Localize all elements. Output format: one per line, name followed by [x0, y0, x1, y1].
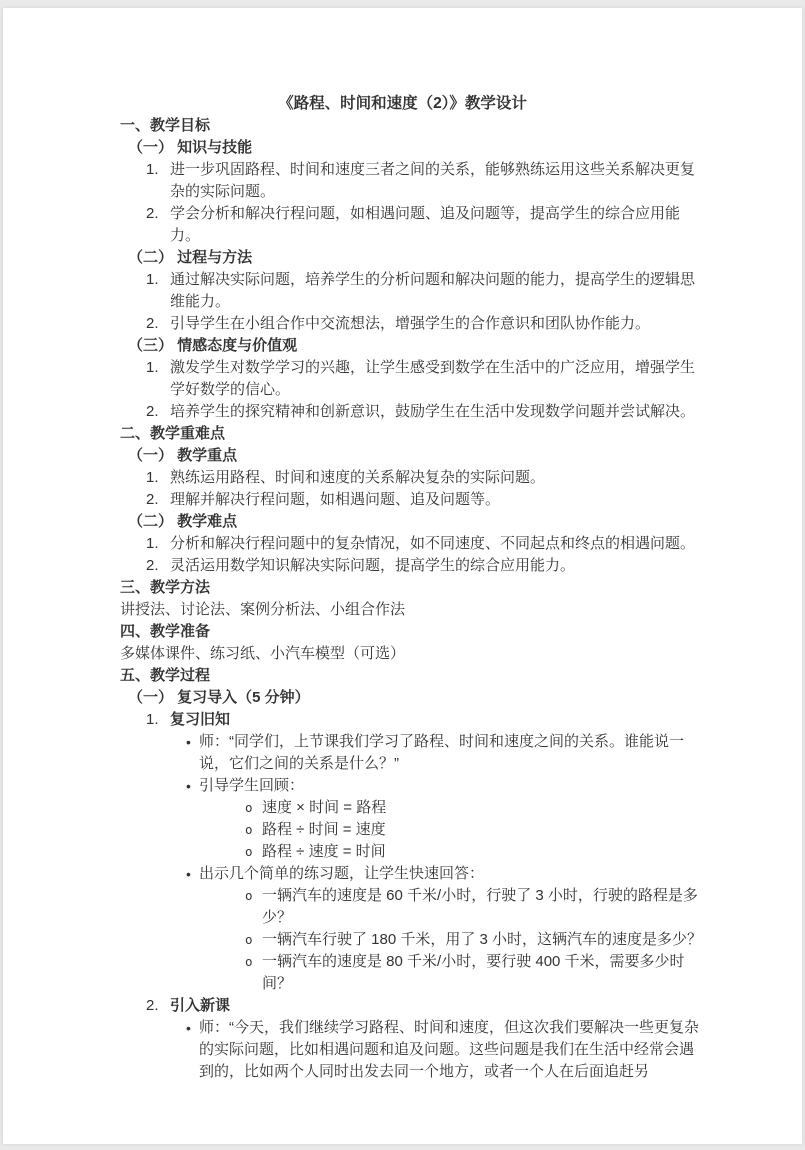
heading-review-intro: （一） 复习导入（5 分钟） — [3, 687, 802, 709]
heading-teaching-goals: 一、教学目标 — [3, 115, 802, 137]
document-page: 《路程、时间和速度（2）》教学设计 一、教学目标 （一） 知识与技能 1. 进一… — [3, 8, 802, 1144]
bullet-item: • 出示几个简单的练习题，让学生快速回答： — [3, 863, 802, 885]
numbered-item: 1. 复习旧知 — [3, 709, 802, 731]
circle-marker: o — [245, 841, 253, 863]
numbered-item: 2. 引入新课 — [3, 995, 802, 1017]
sub-bullet-item: o 一辆汽车的速度是 60 千米/小时，行驶了 3 小时，行驶的路程是多少？ — [3, 885, 802, 929]
sub-bullet-item: o 路程 ÷ 速度 = 时间 — [3, 841, 802, 863]
item-text: 进一步巩固路程、时间和速度三者之间的关系，能够熟练运用这些关系解决更复杂的实际问… — [170, 161, 695, 200]
sub-bullet-text: 一辆汽车的速度是 60 千米/小时，行驶了 3 小时，行驶的路程是多少？ — [262, 887, 698, 926]
item-number: 1. — [146, 533, 159, 555]
item-text: 引导学生在小组合作中交流想法，增强学生的合作意识和团队协作能力。 — [170, 315, 650, 332]
bullet-item: • 师：“同学们，上节课我们学习了路程、时间和速度之间的关系。谁能说一说，它们之… — [3, 731, 802, 775]
item-number: 1. — [146, 159, 159, 181]
item-number: 2. — [146, 555, 159, 577]
heading-teaching-difficulties: （二） 教学难点 — [3, 511, 802, 533]
numbered-item: 1. 通过解决实际问题，培养学生的分析问题和解决问题的能力，提高学生的逻辑思维能… — [3, 269, 802, 313]
numbered-item: 2. 培养学生的探究精神和创新意识，鼓励学生在生活中发现数学问题并尝试解决。 — [3, 401, 802, 423]
heading-teaching-methods: 三、教学方法 — [3, 577, 802, 599]
item-text: 学会分析和解决行程问题，如相遇问题、追及问题等，提高学生的综合应用能力。 — [170, 205, 680, 244]
sub-bullet-text: 一辆汽车行驶了 180 千米，用了 3 小时，这辆汽车的速度是多少？ — [262, 931, 702, 948]
circle-marker: o — [245, 819, 253, 841]
numbered-item: 2. 灵活运用数学知识解决实际问题，提高学生的综合应用能力。 — [3, 555, 802, 577]
heading-process-methods: （二） 过程与方法 — [3, 247, 802, 269]
bullet-marker: • — [186, 731, 191, 753]
circle-marker: o — [245, 929, 253, 951]
bullet-text: 师：“同学们，上节课我们学习了路程、时间和速度之间的关系。谁能说一说，它们之间的… — [199, 733, 684, 772]
item-number: 1. — [146, 269, 159, 291]
item-number: 2. — [146, 489, 159, 511]
item-text: 理解并解决行程问题，如相遇问题、追及问题等。 — [170, 491, 500, 508]
numbered-item: 2. 理解并解决行程问题，如相遇问题、追及问题等。 — [3, 489, 802, 511]
heading-teaching-key-points: （一） 教学重点 — [3, 445, 802, 467]
item-number: 1. — [146, 709, 159, 731]
circle-marker: o — [245, 951, 253, 973]
sub-bullet-item: o 一辆汽车行驶了 180 千米，用了 3 小时，这辆汽车的速度是多少？ — [3, 929, 802, 951]
numbered-item: 1. 进一步巩固路程、时间和速度三者之间的关系，能够熟练运用这些关系解决更复杂的… — [3, 159, 802, 203]
numbered-item: 1. 熟练运用路程、时间和速度的关系解决复杂的实际问题。 — [3, 467, 802, 489]
bullet-marker: • — [186, 863, 191, 885]
circle-marker: o — [245, 885, 253, 907]
item-text: 培养学生的探究精神和创新意识，鼓励学生在生活中发现数学问题并尝试解决。 — [170, 403, 695, 420]
heading-knowledge-skills: （一） 知识与技能 — [3, 137, 802, 159]
bullet-text: 出示几个简单的练习题，让学生快速回答： — [199, 865, 484, 882]
item-text: 引入新课 — [170, 997, 230, 1014]
item-number: 2. — [146, 203, 159, 225]
sub-bullet-text: 速度 × 时间 = 路程 — [262, 799, 386, 816]
sub-bullet-item: o 速度 × 时间 = 路程 — [3, 797, 802, 819]
item-number: 1. — [146, 357, 159, 379]
bullet-item: • 师：“今天，我们继续学习路程、时间和速度，但这次我们要解决一些更复杂的实际问… — [3, 1017, 802, 1083]
sub-bullet-text: 一辆汽车的速度是 80 千米/小时，要行驶 400 千米，需要多少时间？ — [262, 953, 685, 992]
bullet-marker: • — [186, 1017, 191, 1039]
heading-teaching-preparation: 四、教学准备 — [3, 621, 802, 643]
bullet-text: 引导学生回顾： — [199, 777, 304, 794]
bullet-marker: • — [186, 775, 191, 797]
numbered-item: 1. 激发学生对数学学习的兴趣，让学生感受到数学在生活中的广泛应用，增强学生学好… — [3, 357, 802, 401]
numbered-item: 2. 引导学生在小组合作中交流想法，增强学生的合作意识和团队协作能力。 — [3, 313, 802, 335]
bullet-text: 师：“今天，我们继续学习路程、时间和速度，但这次我们要解决一些更复杂的实际问题，… — [199, 1019, 699, 1080]
sub-bullet-text: 路程 ÷ 时间 = 速度 — [262, 821, 386, 838]
item-text: 复习旧知 — [170, 711, 230, 728]
doc-title: 《路程、时间和速度（2）》教学设计 — [3, 93, 802, 115]
bullet-item: • 引导学生回顾： — [3, 775, 802, 797]
item-text: 灵活运用数学知识解决实际问题，提高学生的综合应用能力。 — [170, 557, 575, 574]
item-text: 激发学生对数学学习的兴趣，让学生感受到数学在生活中的广泛应用，增强学生学好数学的… — [170, 359, 695, 398]
item-number: 1. — [146, 467, 159, 489]
circle-marker: o — [245, 797, 253, 819]
sub-bullet-item: o 路程 ÷ 时间 = 速度 — [3, 819, 802, 841]
item-number: 2. — [146, 995, 159, 1017]
paragraph-teaching-preparation: 多媒体课件、练习纸、小汽车模型（可选） — [3, 643, 802, 665]
item-number: 2. — [146, 313, 159, 335]
heading-key-difficult-points: 二、教学重难点 — [3, 423, 802, 445]
item-text: 熟练运用路程、时间和速度的关系解决复杂的实际问题。 — [170, 469, 545, 486]
heading-teaching-process: 五、教学过程 — [3, 665, 802, 687]
item-text: 通过解决实际问题，培养学生的分析问题和解决问题的能力，提高学生的逻辑思维能力。 — [170, 271, 695, 310]
sub-bullet-text: 路程 ÷ 速度 = 时间 — [262, 843, 386, 860]
item-text: 分析和解决行程问题中的复杂情况，如不同速度、不同起点和终点的相遇问题。 — [170, 535, 695, 552]
numbered-item: 1. 分析和解决行程问题中的复杂情况，如不同速度、不同起点和终点的相遇问题。 — [3, 533, 802, 555]
document-content: 《路程、时间和速度（2）》教学设计 一、教学目标 （一） 知识与技能 1. 进一… — [3, 8, 802, 1083]
numbered-item: 2. 学会分析和解决行程问题，如相遇问题、追及问题等，提高学生的综合应用能力。 — [3, 203, 802, 247]
paragraph-teaching-methods: 讲授法、讨论法、案例分析法、小组合作法 — [3, 599, 802, 621]
item-number: 2. — [146, 401, 159, 423]
heading-emotion-values: （三） 情感态度与价值观 — [3, 335, 802, 357]
sub-bullet-item: o 一辆汽车的速度是 80 千米/小时，要行驶 400 千米，需要多少时间？ — [3, 951, 802, 995]
